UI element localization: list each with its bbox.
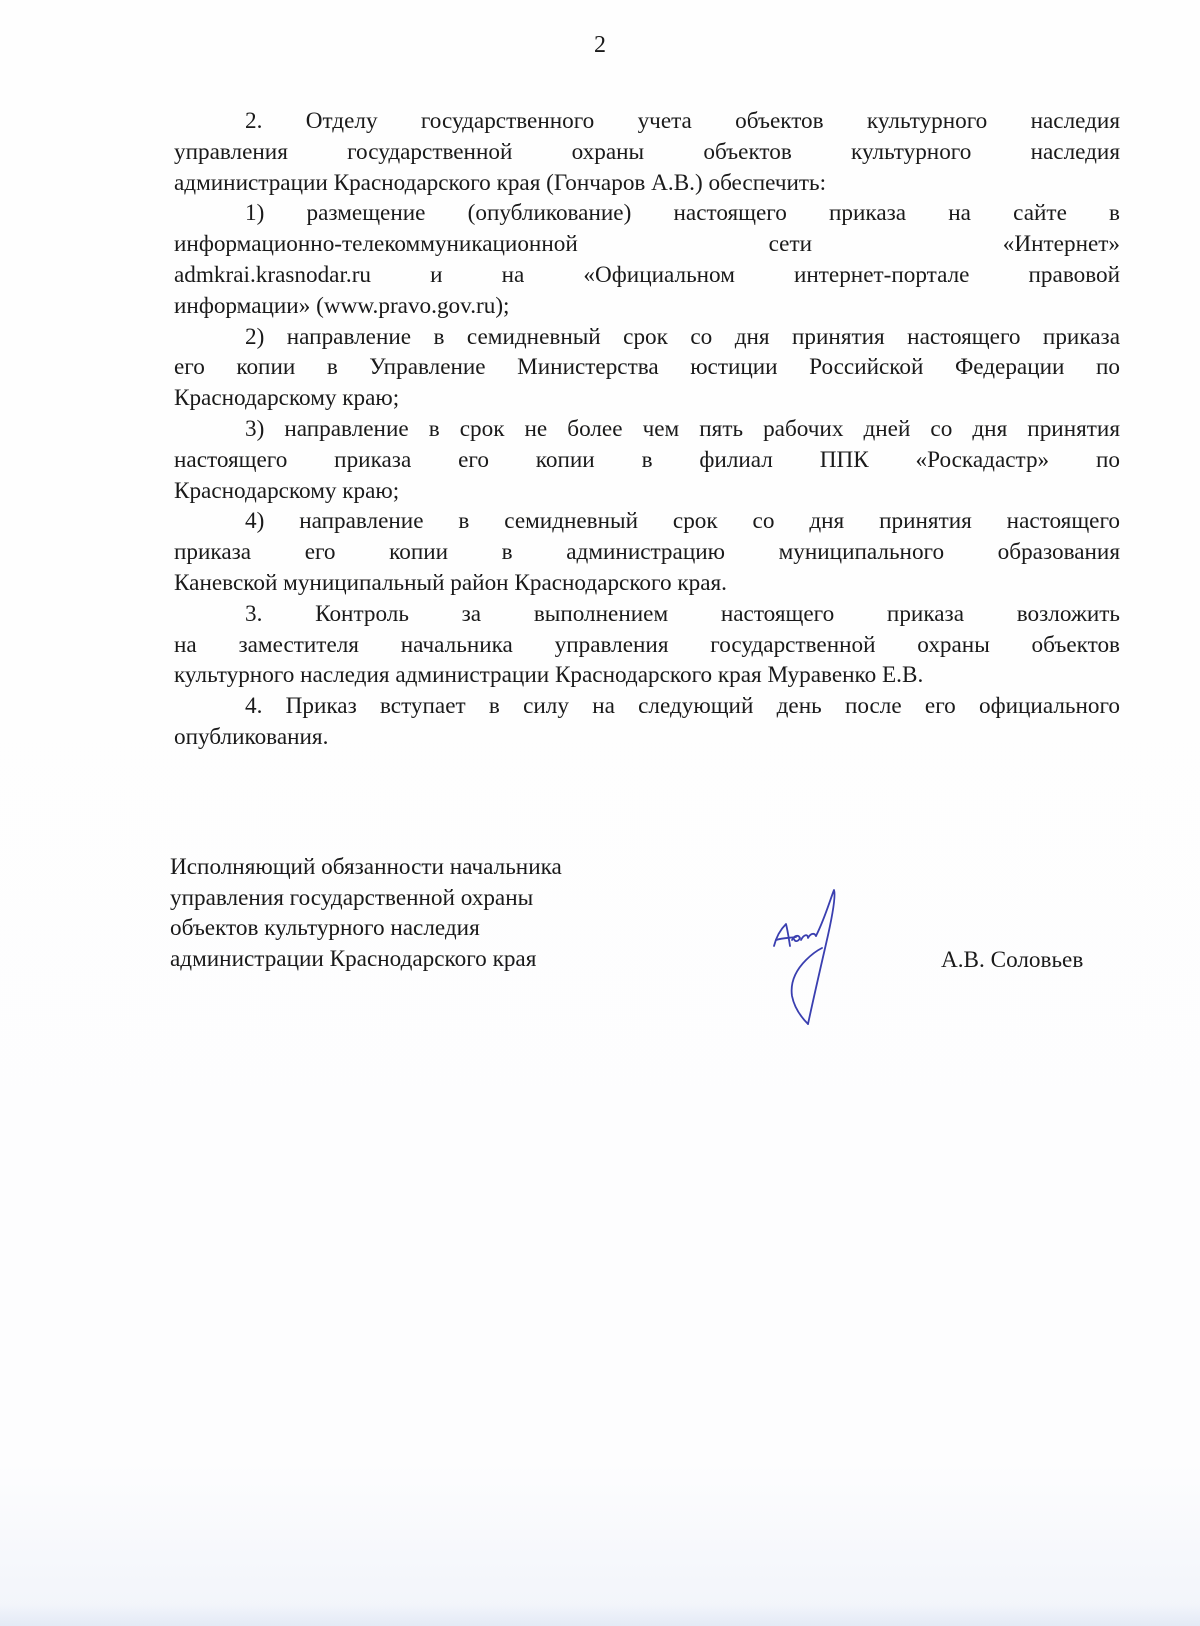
paragraph-3: 3. Контроль за выполнением настоящего пр… bbox=[174, 599, 1120, 691]
signer-name: А.В. Соловьев bbox=[941, 945, 1083, 975]
position-line: администрации Краснодарского края bbox=[170, 944, 562, 975]
position-line: Исполняющий обязанности начальника bbox=[170, 852, 562, 883]
text-line: информационно-телекоммуникационной сети … bbox=[174, 229, 1120, 260]
text-line: приказа его копии в администрацию муници… bbox=[174, 537, 1120, 568]
page-number: 2 bbox=[0, 32, 1200, 59]
text-line: опубликования. bbox=[174, 722, 1120, 753]
document-body: 2. Отделу государственного учета объекто… bbox=[174, 106, 1120, 753]
handwritten-signature-icon bbox=[770, 888, 880, 1028]
position-line: управления государственной охраны bbox=[170, 883, 562, 914]
text-line: 3. Контроль за выполнением настоящего пр… bbox=[174, 599, 1120, 630]
subparagraph-3: 3) направление в срок не более чем пять … bbox=[174, 414, 1120, 506]
subparagraph-1: 1) размещение (опубликование) настоящего… bbox=[174, 198, 1120, 321]
subparagraph-2: 2) направление в семидневный срок со дня… bbox=[174, 322, 1120, 414]
text-line: 3) направление в срок не более чем пять … bbox=[174, 414, 1120, 445]
position-line: объектов культурного наследия bbox=[170, 913, 562, 944]
text-line: 2) направление в семидневный срок со дня… bbox=[174, 322, 1120, 353]
text-line: культурного наследия администрации Красн… bbox=[174, 660, 1120, 691]
scan-edge-artifact bbox=[0, 1604, 1200, 1626]
text-line: Каневской муниципальный район Краснодарс… bbox=[174, 568, 1120, 599]
text-line: Краснодарскому краю; bbox=[174, 383, 1120, 414]
text-line: на заместителя начальника управления гос… bbox=[174, 630, 1120, 661]
paragraph-4: 4. Приказ вступает в силу на следующий д… bbox=[174, 691, 1120, 753]
text-line: управления государственной охраны объект… bbox=[174, 137, 1120, 168]
text-line: 4. Приказ вступает в силу на следующий д… bbox=[174, 691, 1120, 722]
text-line: его копии в Управление Министерства юсти… bbox=[174, 352, 1120, 383]
text-line: 1) размещение (опубликование) настоящего… bbox=[174, 198, 1120, 229]
text-line: 2. Отделу государственного учета объекто… bbox=[174, 106, 1120, 137]
text-line: информации» (www.pravo.gov.ru); bbox=[174, 291, 1120, 322]
text-line: администрации Краснодарского края (Гонча… bbox=[174, 168, 1120, 199]
text-line: Краснодарскому краю; bbox=[174, 476, 1120, 507]
text-line: 4) направление в семидневный срок со дня… bbox=[174, 506, 1120, 537]
subparagraph-4: 4) направление в семидневный срок со дня… bbox=[174, 506, 1120, 598]
text-line: настоящего приказа его копии в филиал ПП… bbox=[174, 445, 1120, 476]
document-page: 2 2. Отделу государственного учета объек… bbox=[0, 0, 1200, 1626]
paragraph-2: 2. Отделу государственного учета объекто… bbox=[174, 106, 1120, 198]
text-line: admkrai.krasnodar.ru и на «Официальном и… bbox=[174, 260, 1120, 291]
signatory-position: Исполняющий обязанности начальника управ… bbox=[170, 852, 562, 974]
